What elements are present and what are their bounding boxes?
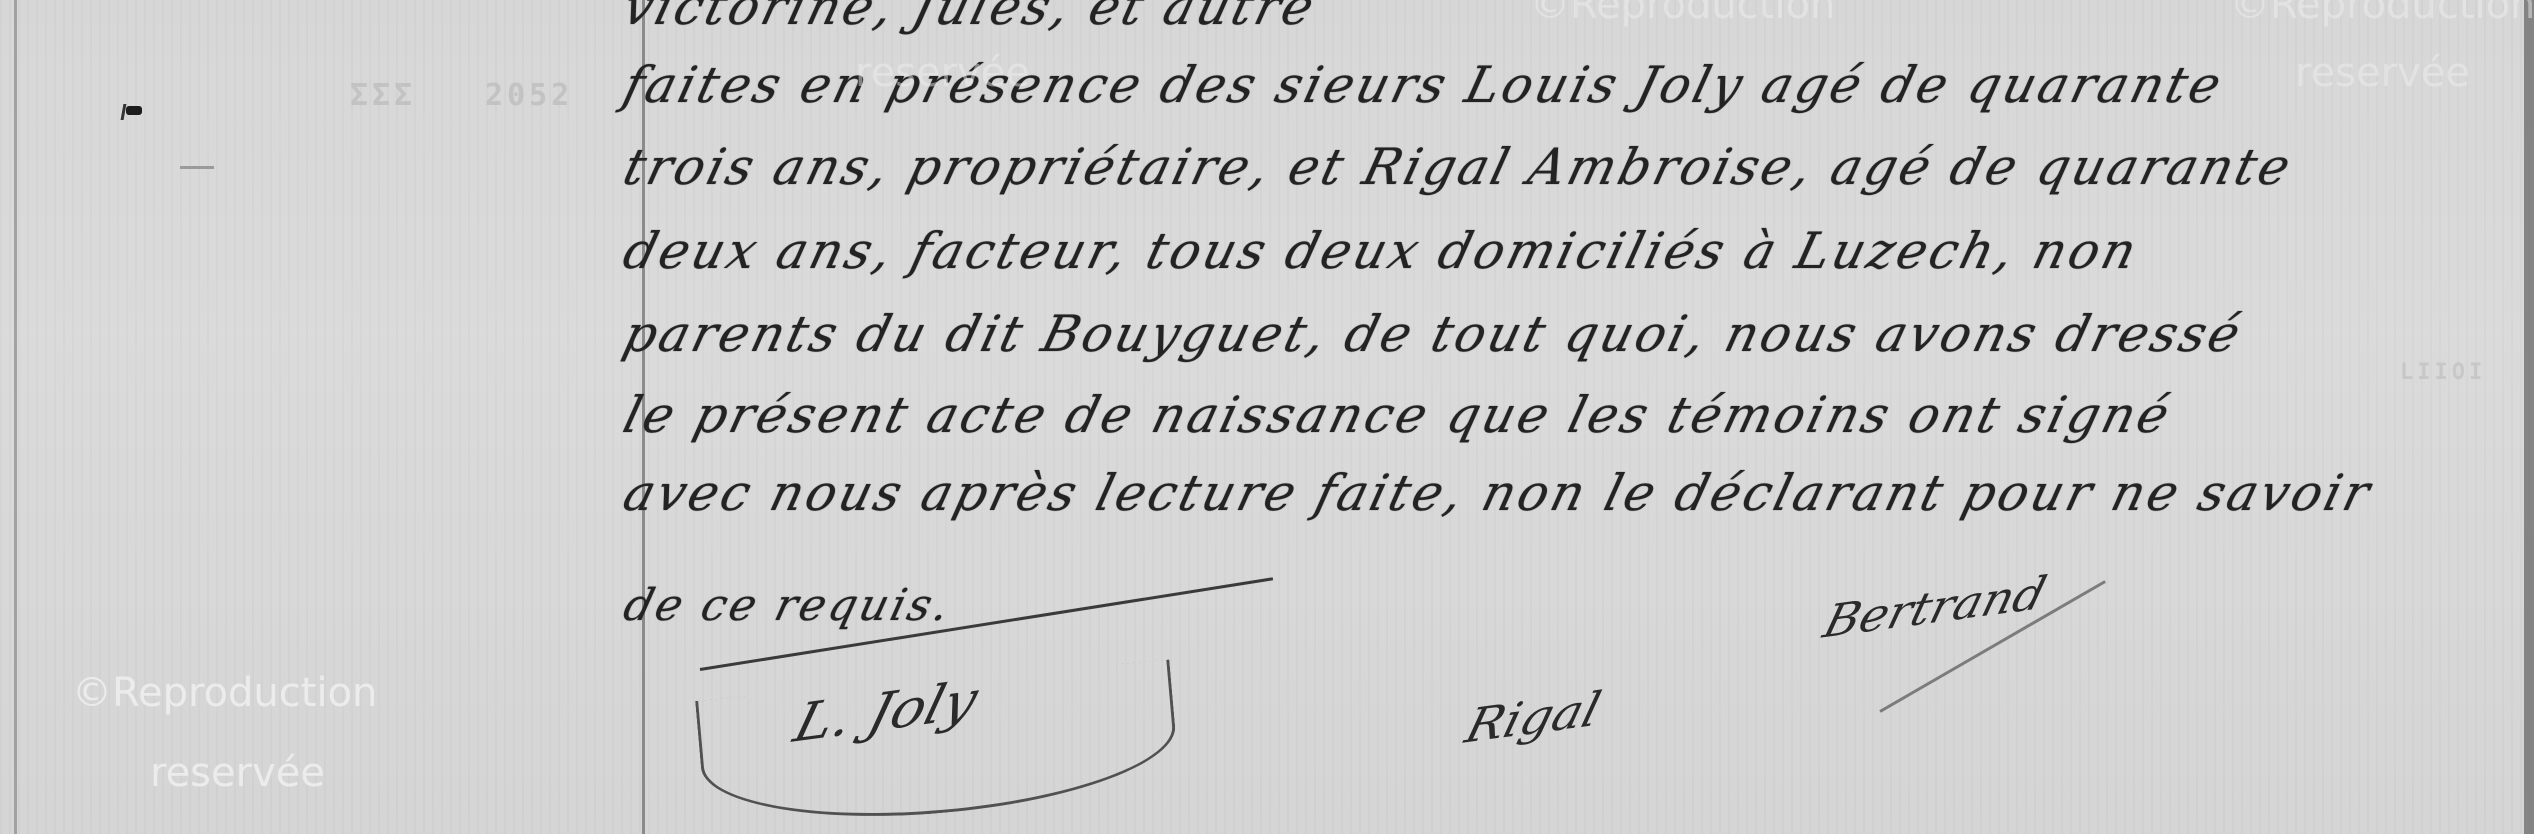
handwritten-line-1: victorine, Jules, et autre: [618, 0, 1323, 36]
watermark-reservee: reservée: [150, 750, 325, 796]
margin-dash: [180, 166, 214, 169]
watermark-reservee: reservée: [855, 50, 1030, 96]
handwritten-line-3: trois ans, propriétaire, et Rigal Ambroi…: [618, 138, 2299, 196]
handwritten-line-6: le présent acte de naissance que les tém…: [618, 386, 2178, 444]
handwritten-line-8: de ce requis.: [619, 580, 958, 631]
ink-blot-mark: [122, 98, 150, 126]
handwritten-line-4: deux ans, facteur, tous deux domiciliés …: [618, 222, 2145, 280]
page-left-edge: [14, 0, 17, 834]
handwritten-line-5: parents du dit Bouyguet, de tout quoi, n…: [618, 305, 2249, 363]
signature-bertrand: Bertrand: [1818, 566, 2052, 649]
handwritten-line-7: avec nous après lecture faite, non le dé…: [618, 464, 2379, 522]
scanned-document-page: ΣΣΣ 2052 LIIOI victorine, Jules, et autr…: [0, 0, 2534, 834]
bleed-through-number: ΣΣΣ: [350, 78, 416, 113]
bleed-through-number: LIIOI: [2400, 360, 2486, 385]
watermark-reproduction: ©Reproduction: [72, 670, 377, 716]
page-right-edge: [2524, 0, 2534, 834]
watermark-reproduction: ©Reproduction: [2230, 0, 2534, 28]
watermark-reservee: reservée: [2295, 50, 2470, 96]
watermark-reproduction: ©Reproduction: [1530, 0, 1835, 28]
signature-rigal: Rigal: [1460, 681, 1607, 754]
ink-blot: [126, 106, 142, 115]
bleed-through-number: 2052: [485, 78, 573, 113]
